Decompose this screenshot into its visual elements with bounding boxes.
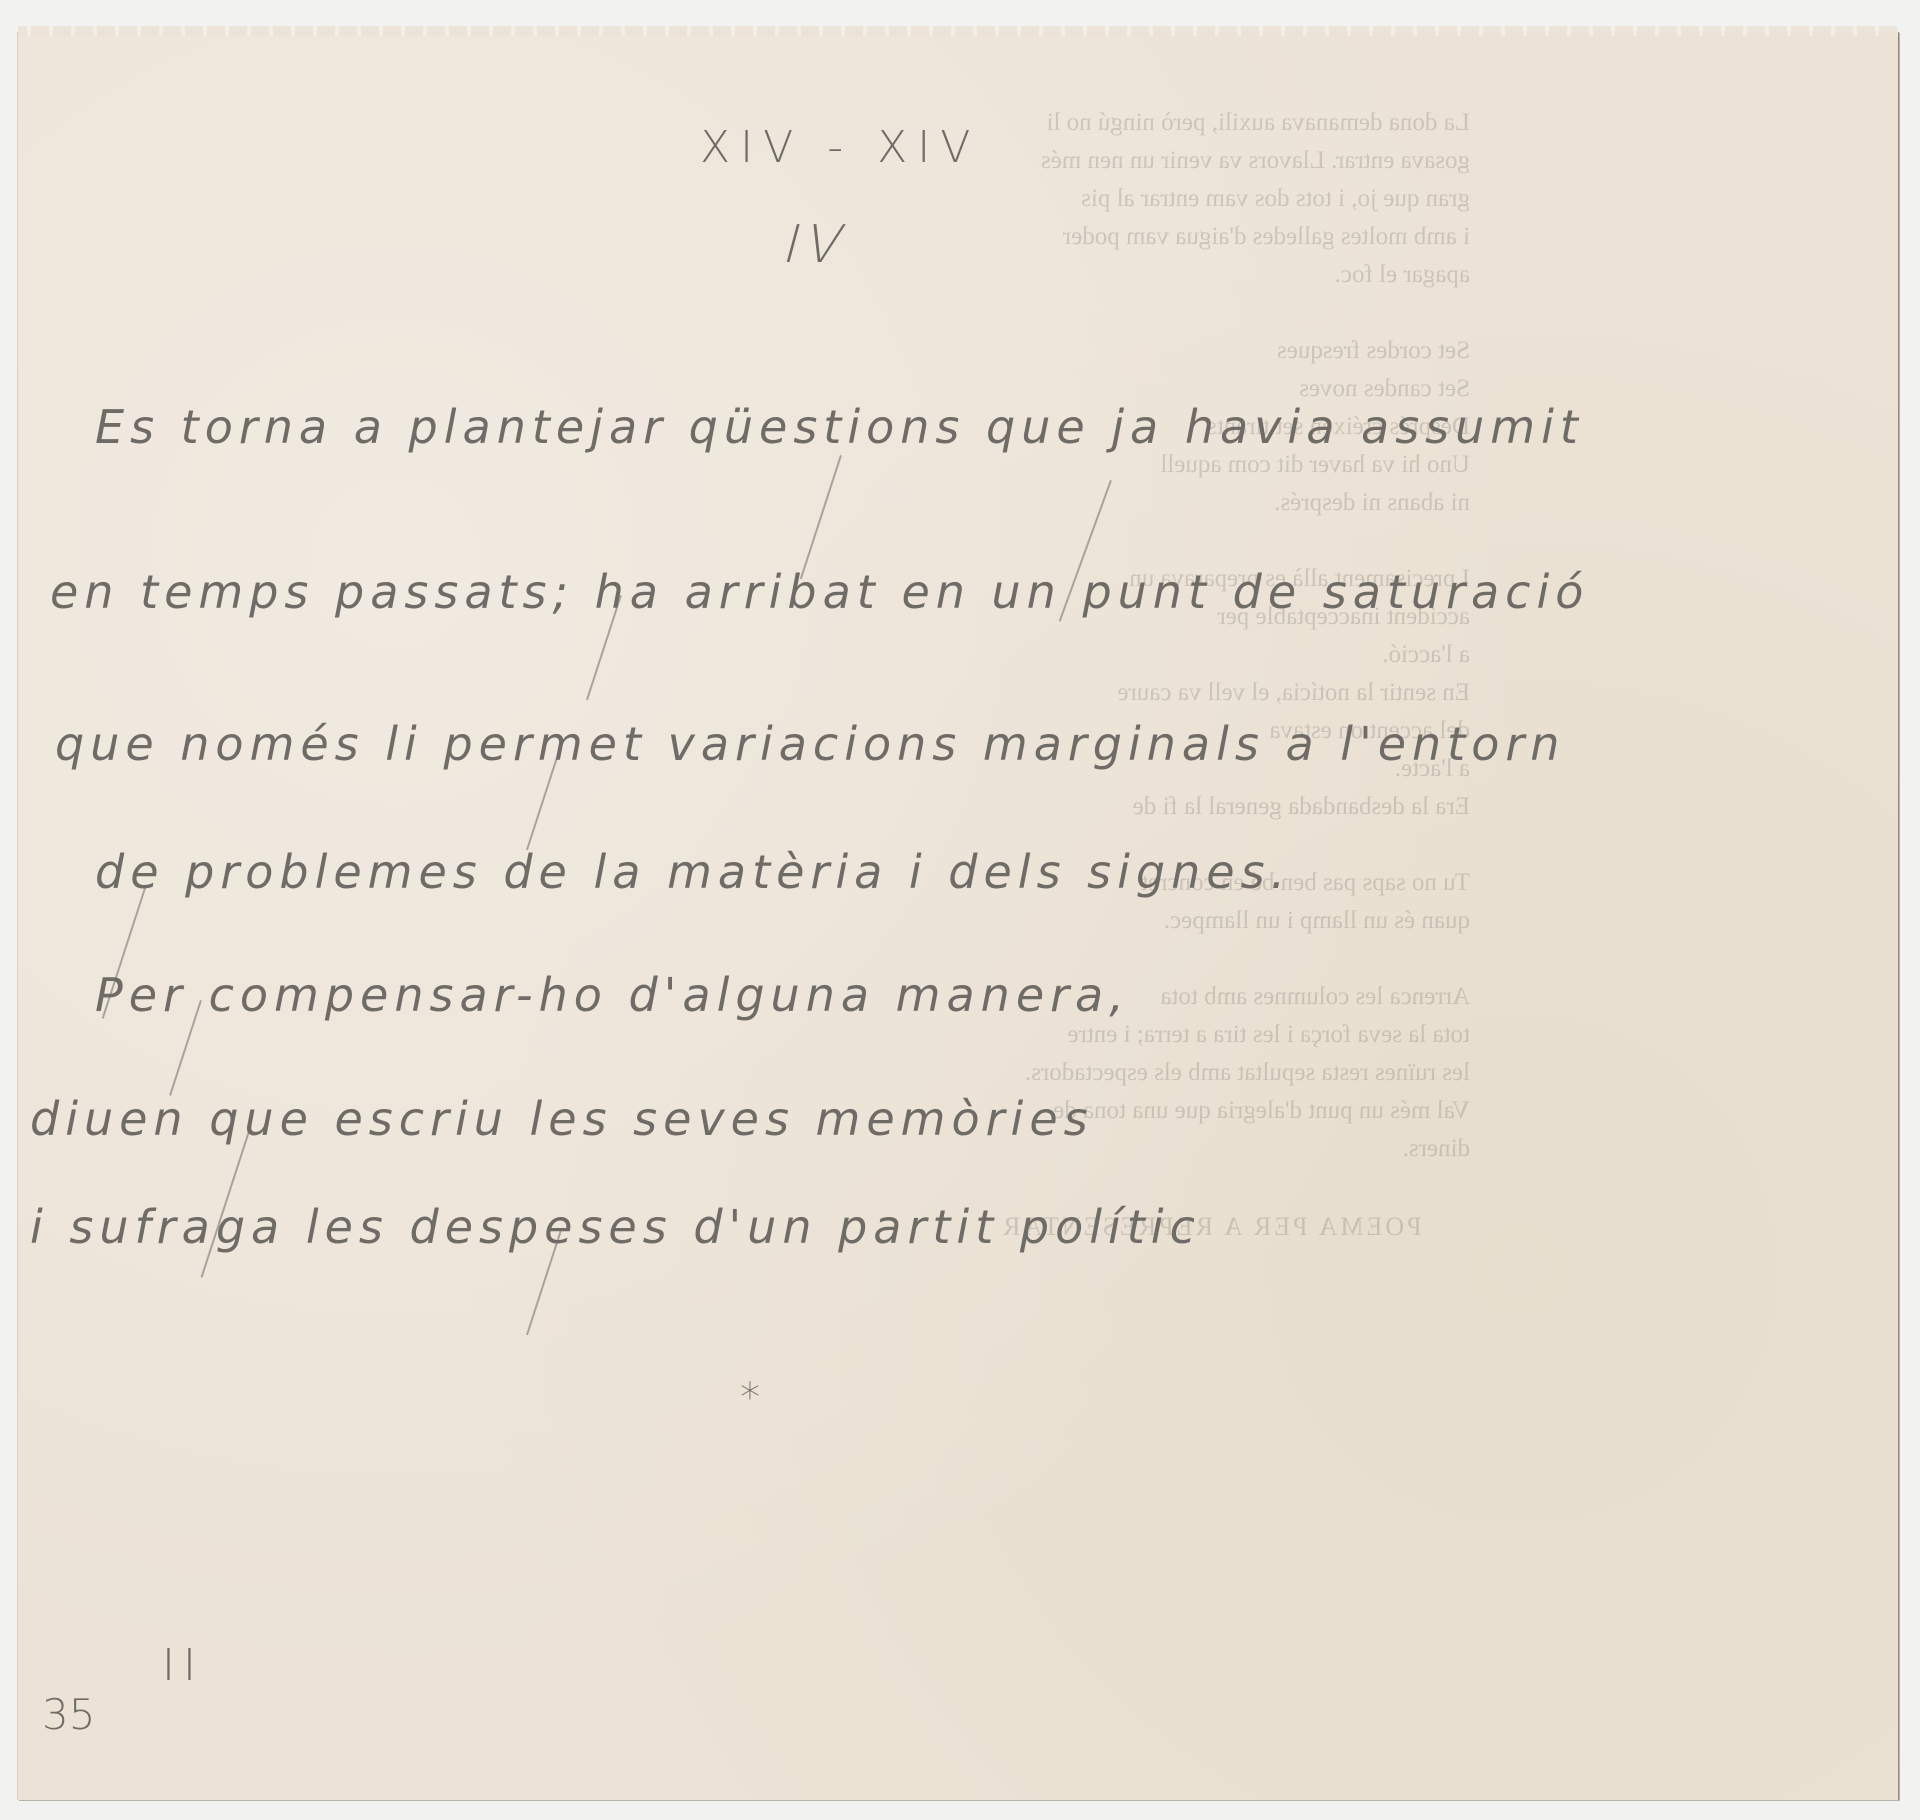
bleed-line: quan és un llamp i un llampec. bbox=[1000, 902, 1470, 940]
folio-roman: II bbox=[162, 1640, 204, 1691]
bleed-line: gosava entrar. Llavors va venir un nen m… bbox=[1000, 142, 1470, 180]
paper-sheet bbox=[18, 32, 1899, 1800]
bleed-line: apagar el foc. bbox=[1000, 256, 1470, 294]
bleed-line: les ruïnes resta sepultat amb els espect… bbox=[1000, 1054, 1470, 1092]
bleed-line: En sentir la notícia, el vell va caure bbox=[1000, 674, 1470, 712]
bleed-line: Set cordes fresques bbox=[1000, 332, 1470, 370]
reference-code: XIV - XIV bbox=[700, 122, 980, 173]
bleed-line: La dona demanava auxili, però ningú no l… bbox=[1000, 104, 1470, 142]
handwritten-line: Per compensar-ho d'alguna manera, bbox=[95, 968, 1130, 1022]
asterisk-mark: * bbox=[740, 1375, 766, 1421]
bleed-line: Era la desbandada general la fi de bbox=[1000, 788, 1470, 826]
bleed-line: ni abans ni després. bbox=[1000, 484, 1470, 522]
bleed-line: gran que jo, i tots dos vam entrar al pi… bbox=[1000, 180, 1470, 218]
torn-top-edge bbox=[18, 26, 1898, 36]
handwritten-line: en temps passats; ha arribat en un punt … bbox=[50, 565, 1589, 619]
handwritten-line: Es torna a plantejar qüestions que ja ha… bbox=[95, 400, 1584, 454]
handwritten-line: que només li permet variacions marginals… bbox=[55, 717, 1565, 771]
bleed-line: a l'acció. bbox=[1000, 636, 1470, 674]
folio-number: 35 bbox=[42, 1690, 95, 1739]
bleed-through-text: La dona demanava auxili, però ningú no l… bbox=[1000, 104, 1470, 1246]
handwritten-line: diuen que escriu les seves memòries bbox=[30, 1092, 1094, 1146]
handwritten-line: i sufraga les despeses d'un partit polít… bbox=[30, 1200, 1201, 1254]
handwritten-line: de problemes de la matèria i dels signes… bbox=[95, 845, 1291, 899]
bleed-line: i amb moltes galledes d'aigua vam poder bbox=[1000, 218, 1470, 256]
